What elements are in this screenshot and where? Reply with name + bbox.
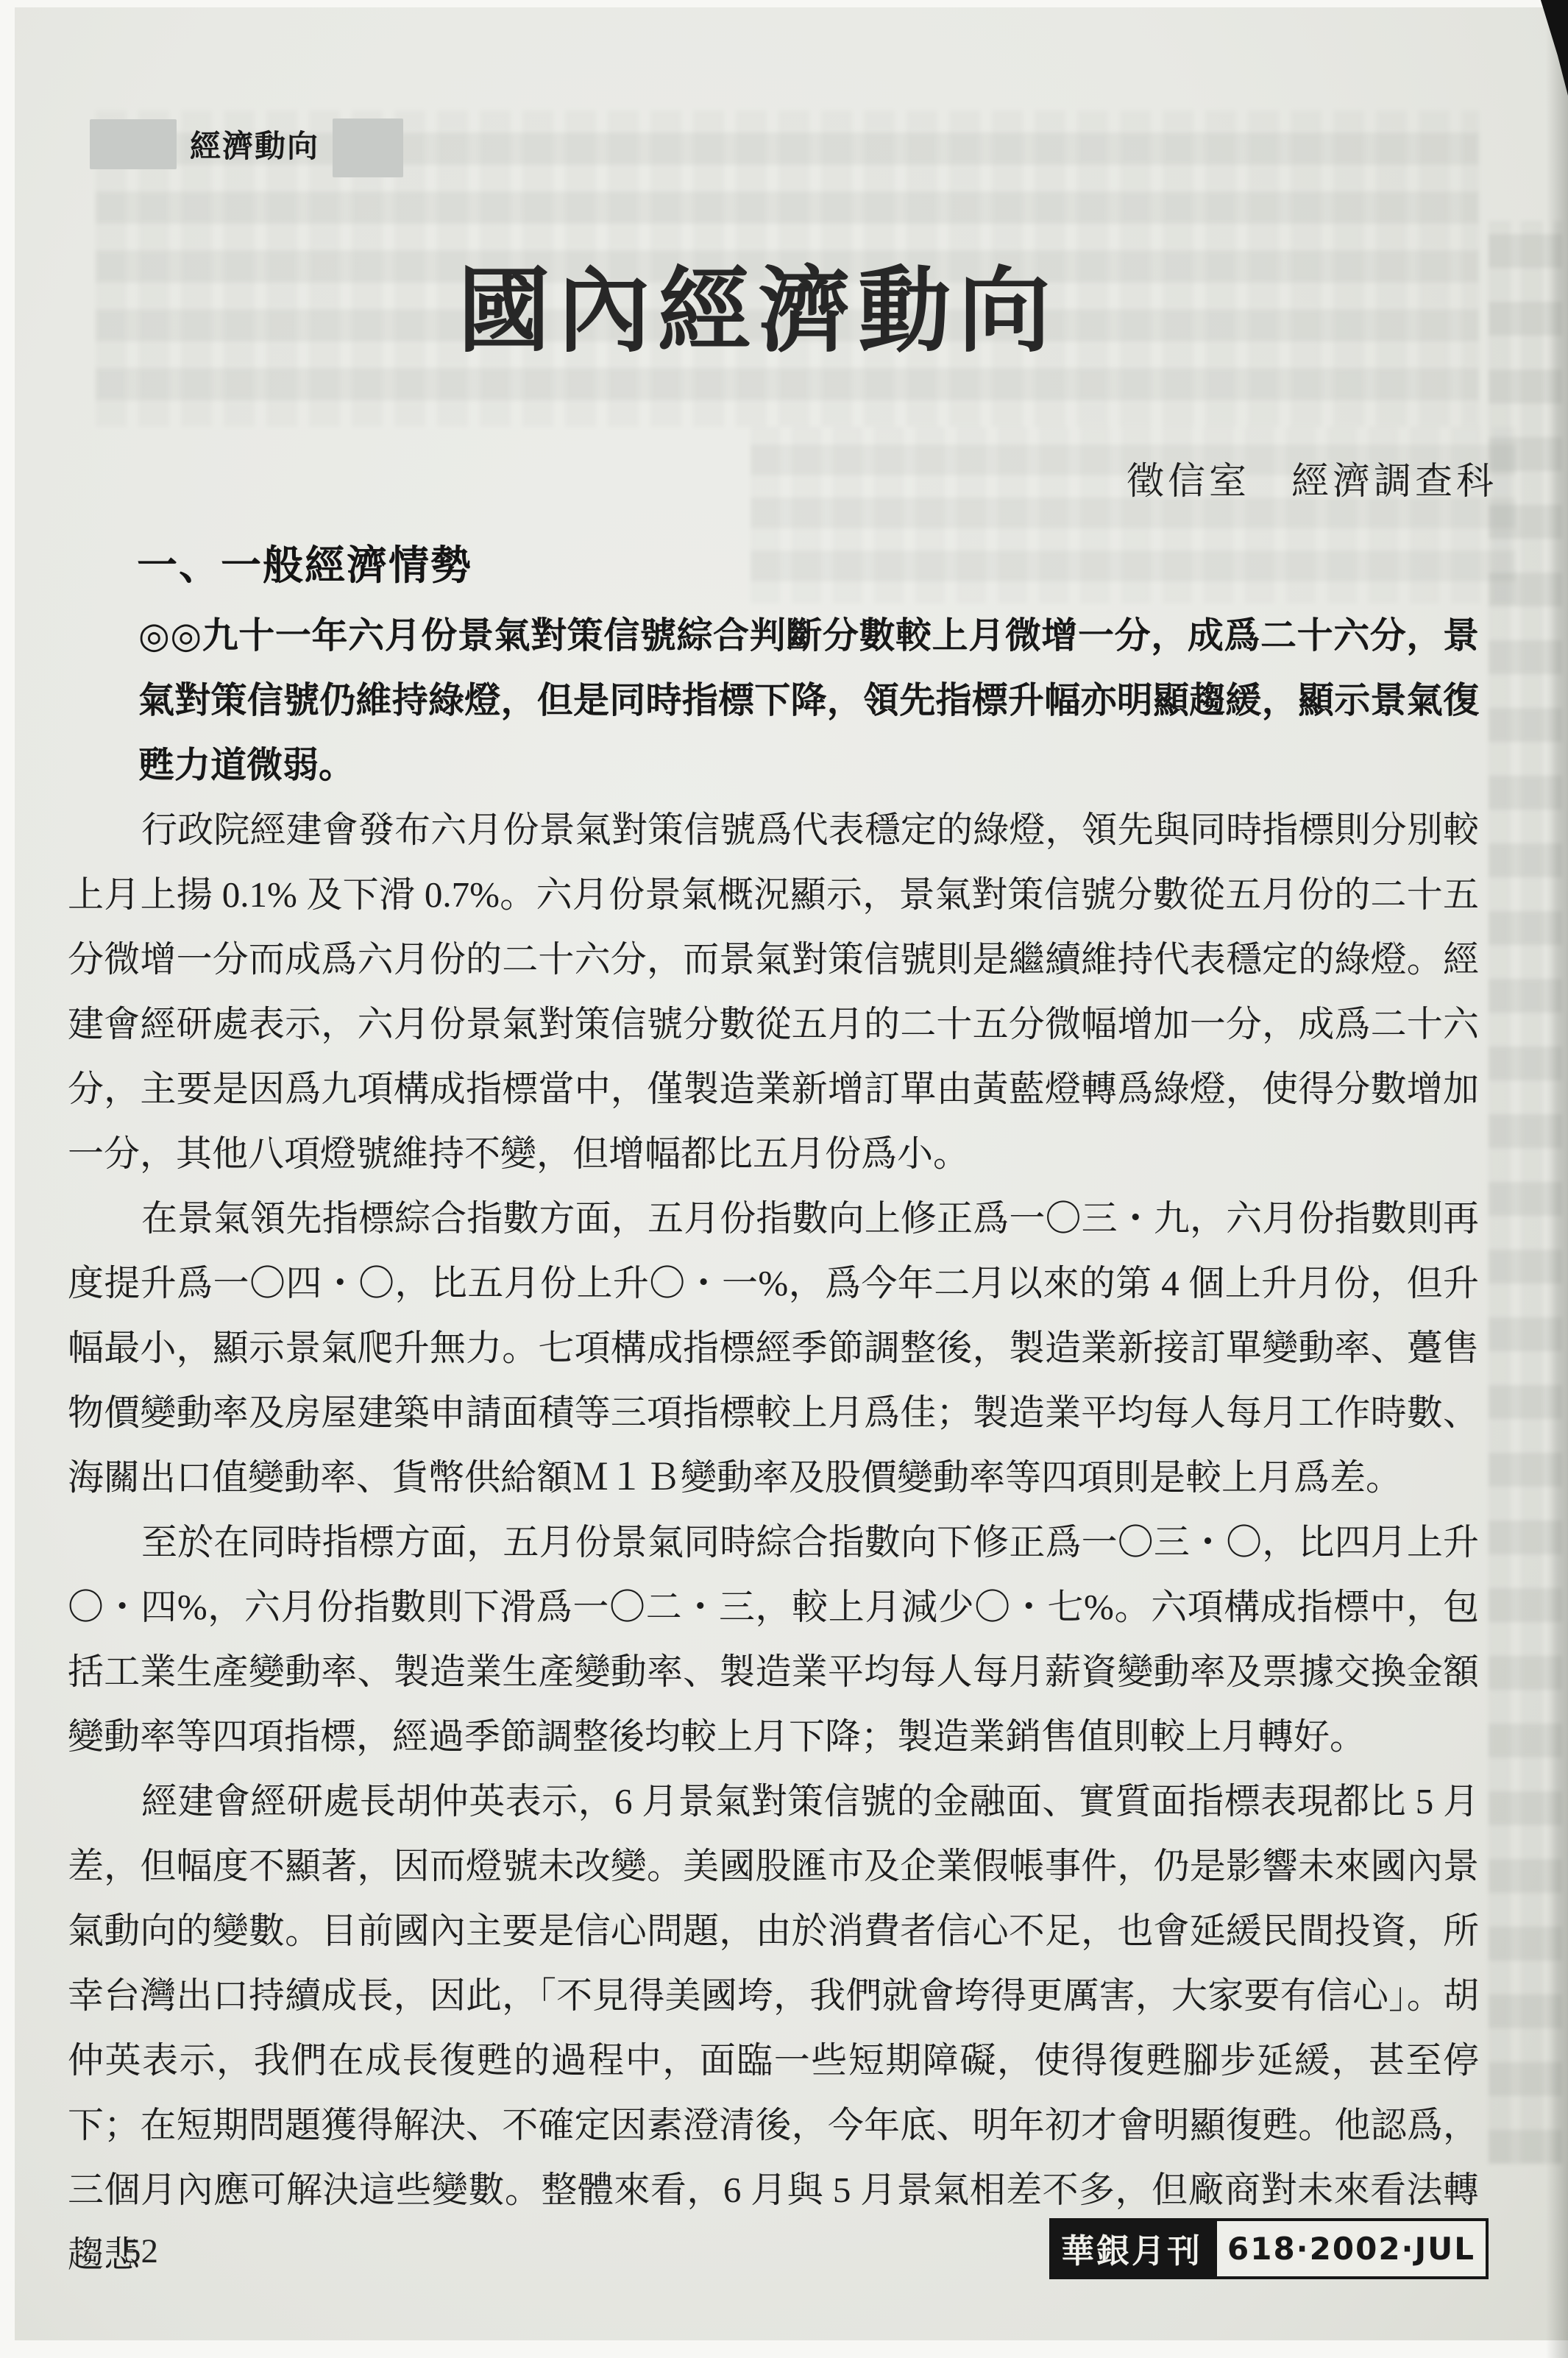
byline: 徵信室 經濟調查科 — [1127, 450, 1497, 505]
body-paragraph: 在景氣領先指標綜合指數方面，五月份指數向上修正爲一〇三・九，六月份指數則再度提升… — [68, 1186, 1479, 1510]
journal-badge: 華銀月刊 618·2002·JUL — [1049, 2218, 1489, 2279]
header-tag-label: 經濟動向 — [190, 122, 319, 166]
header-tag-box-left — [90, 119, 177, 169]
issue-badge: 618·2002·JUL — [1214, 2218, 1489, 2279]
journal-name-badge: 華銀月刊 — [1049, 2218, 1214, 2279]
body-paragraph: 行政院經建會發布六月份景氣對策信號爲代表穩定的綠燈，領先與同時指標則分別較上月上… — [68, 798, 1479, 1186]
lead-paragraph: ◎◎九十一年六月份景氣對策信號綜合判斷分數較上月微增一分，成爲二十六分，景氣對策… — [138, 603, 1479, 798]
page-number: 52 — [124, 2231, 158, 2271]
body-paragraph: 至於在同時指標方面，五月份景氣同時綜合指數向下修正爲一〇三・〇，比四月上升〇・四… — [68, 1510, 1479, 1769]
article-title: 國內經濟動向 — [0, 237, 1516, 370]
header-tag-box-right — [333, 118, 403, 177]
scanned-page: 經濟動向 國內經濟動向 徵信室 經濟調查科 一、一般經濟情勢 ◎◎九十一年六月份… — [0, 0, 1568, 2358]
article-body: ◎◎九十一年六月份景氣對策信號綜合判斷分數較上月微增一分，成爲二十六分，景氣對策… — [68, 603, 1479, 2287]
body-paragraph: 經建會經研處長胡仲英表示，6 月景氣對策信號的金融面、實質面指標表現都比 5 月… — [68, 1769, 1479, 2287]
section-heading: 一、一般經濟情勢 — [137, 533, 472, 591]
header-tag: 經濟動向 — [90, 118, 403, 171]
